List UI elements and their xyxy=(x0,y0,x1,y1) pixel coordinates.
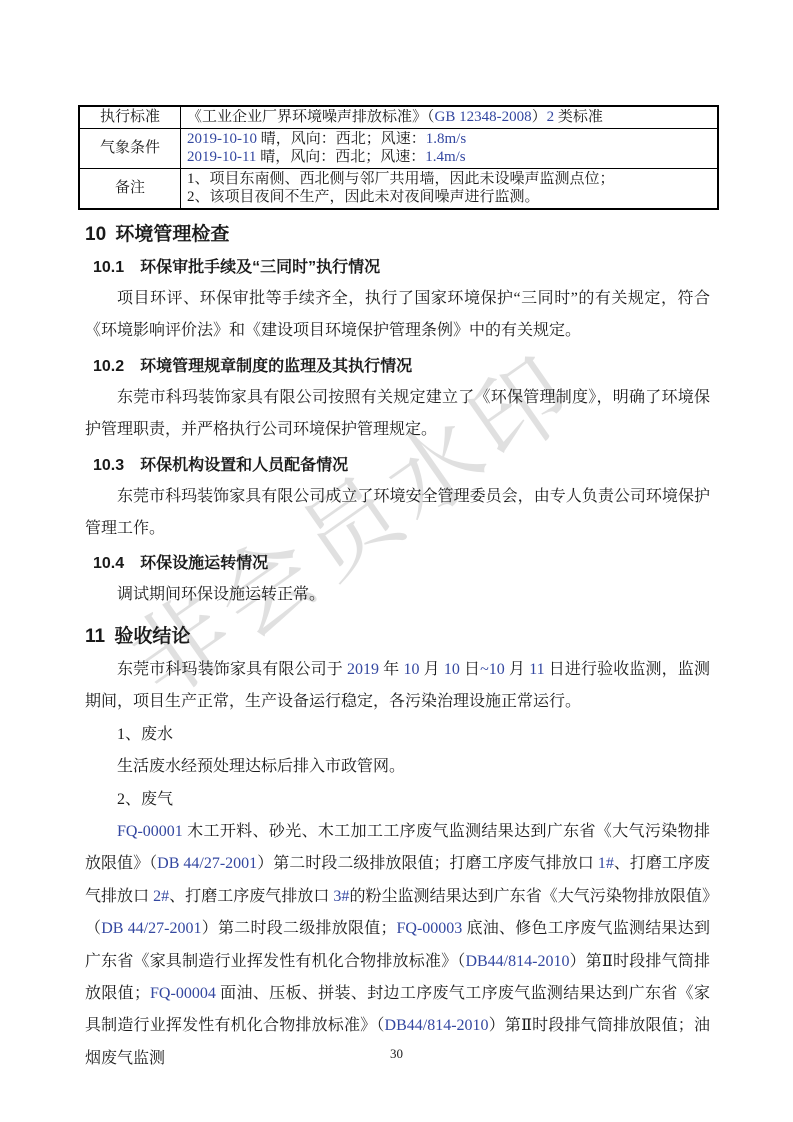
remark-line-1: 1、项目东南侧、西北侧与邻厂共用墙，因此未设噪声监测点位； xyxy=(187,171,711,188)
row-label: 备注 xyxy=(79,169,181,209)
section-10-2-heading: 10.2 环境管理规章制度的监理及其执行情况 xyxy=(93,356,793,378)
section-10-4-heading: 10.4 环保设施运转情况 xyxy=(93,553,793,575)
section-10-3-body: 东莞市科玛装饰家具有限公司成立了环境安全管理委员会，由专人负责公司环境保护管理工… xyxy=(85,481,710,546)
standard-line: 《工业企业厂界环境噪声排放标准》（GB 12348-2008）2 类标准 xyxy=(187,109,711,126)
section-11-heading: 11 验收结论 xyxy=(85,624,793,650)
row-label: 气象条件 xyxy=(79,129,181,169)
row-label: 执行标准 xyxy=(79,106,181,129)
table-row: 执行标准 《工业企业厂界环境噪声排放标准》（GB 12348-2008）2 类标… xyxy=(79,106,718,129)
section-10-2-body: 东莞市科玛装饰家具有限公司按照有关规定建立了《环保管理制度》，明确了环境保护管理… xyxy=(85,382,710,447)
section-11-intro: 东莞市科玛装饰家具有限公司于 2019 年 10 月 10 日~10 月 11 … xyxy=(85,654,710,719)
document-page: 执行标准 《工业企业厂界环境噪声排放标准》（GB 12348-2008）2 类标… xyxy=(0,105,793,1075)
table-row: 气象条件 2019-10-10 晴，风向：西北；风速：1.8m/s 2019-1… xyxy=(79,129,718,169)
section-10-1-heading: 10.1 环保审批手续及“三同时”执行情况 xyxy=(93,257,793,279)
table-row: 备注 1、项目东南侧、西北侧与邻厂共用墙，因此未设噪声监测点位； 2、该项目夜间… xyxy=(79,169,718,209)
section-10-1-body: 项目环评、环保审批等手续齐全，执行了国家环境保护“三同时”的有关规定，符合《环境… xyxy=(85,283,710,348)
wastewater-item-body: 生活废水经预处理达标后排入市政管网。 xyxy=(85,751,710,783)
row-content: 2019-10-10 晴，风向：西北；风速：1.8m/s 2019-10-11 … xyxy=(181,129,719,169)
remark-line-2: 2、该项目夜间不生产，因此未对夜间噪声进行监测。 xyxy=(187,189,711,206)
row-content: 《工业企业厂界环境噪声排放标准》（GB 12348-2008）2 类标准 xyxy=(181,106,719,129)
section-10-heading: 10 环境管理检查 xyxy=(85,222,793,248)
row-content: 1、项目东南侧、西北侧与邻厂共用墙，因此未设噪声监测点位； 2、该项目夜间不生产… xyxy=(181,169,719,209)
section-10-4-body: 调试期间环保设施运转正常。 xyxy=(85,579,710,611)
wastegas-item-label: 2、废气 xyxy=(85,784,710,816)
weather-line-2: 2019-10-11 晴，风向：西北；风速：1.4m/s xyxy=(187,149,711,166)
section-10-3-heading: 10.3 环保机构设置和人员配备情况 xyxy=(93,455,793,477)
wastewater-item-label: 1、废水 xyxy=(85,719,710,751)
monitoring-conditions-table: 执行标准 《工业企业厂界环境噪声排放标准》（GB 12348-2008）2 类标… xyxy=(78,105,719,210)
page-number: 30 xyxy=(0,1046,793,1062)
wastegas-item-body: FQ-00001 木工开料、砂光、木工加工工序废气监测结果达到广东省《大气污染物… xyxy=(85,816,710,1075)
weather-line-1: 2019-10-10 晴，风向：西北；风速：1.8m/s xyxy=(187,131,711,148)
